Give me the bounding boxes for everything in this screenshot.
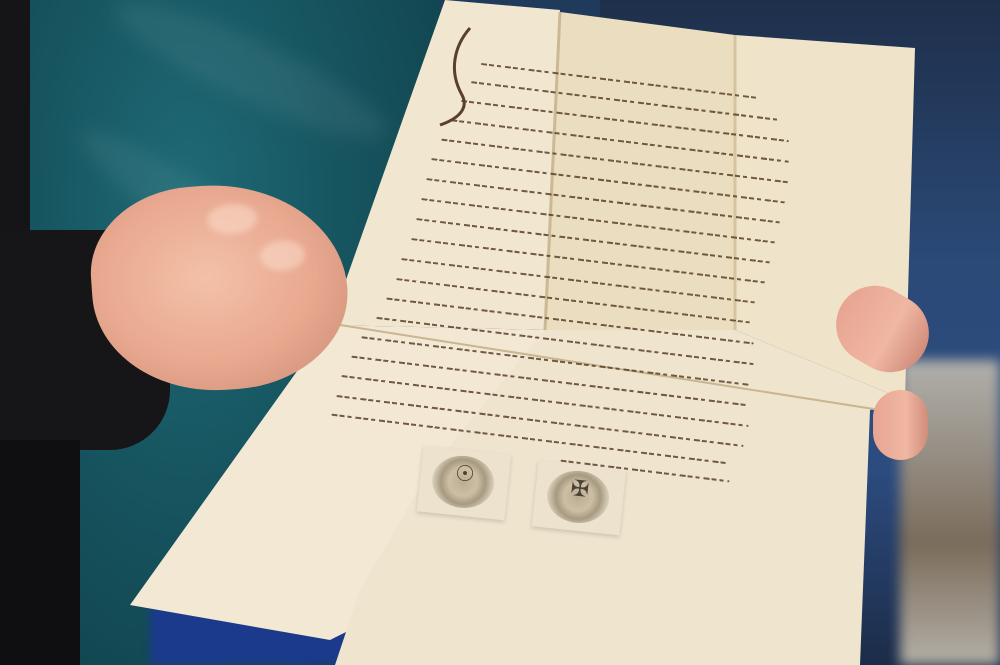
knuckle <box>206 202 258 235</box>
photo-scene: ☉ ✠ Medieval handwritten charter held op… <box>0 0 1000 665</box>
finger <box>873 390 928 460</box>
wax-seal-left: ☉ <box>417 446 511 521</box>
knuckle <box>259 239 306 272</box>
wax-seal-right: ✠ <box>532 461 626 536</box>
right-hand <box>835 290 930 465</box>
left-top-panel <box>330 0 560 330</box>
